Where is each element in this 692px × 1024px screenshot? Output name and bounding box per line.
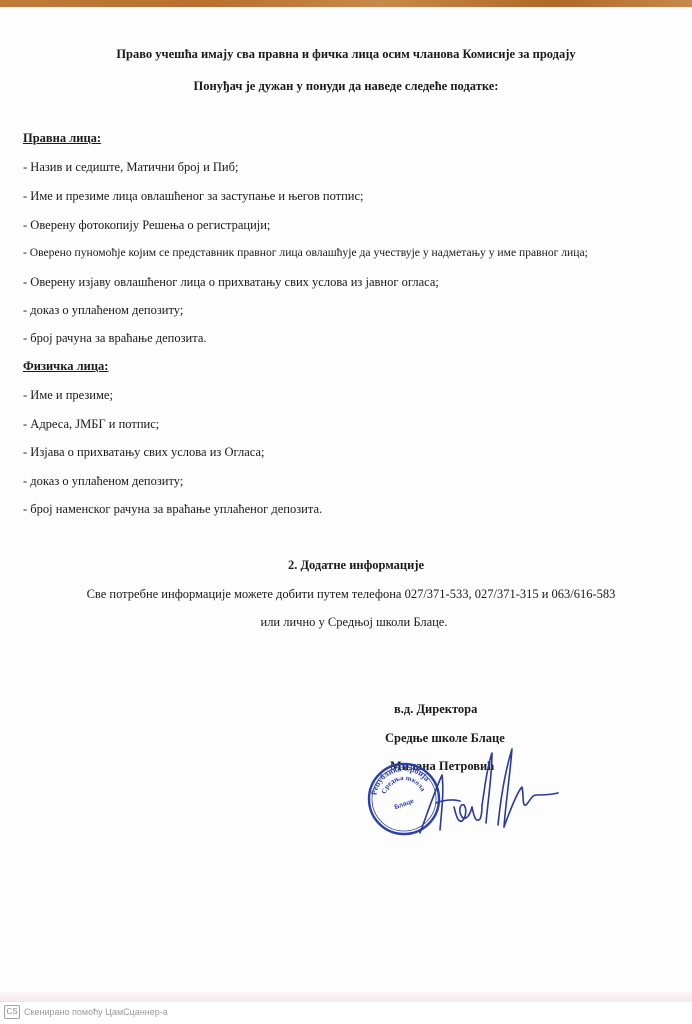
handwritten-signature-icon xyxy=(412,745,562,840)
natural-person-item: - Адреса, ЈМБГ и потпис; xyxy=(23,417,159,432)
legal-entities-heading: Правна лица: xyxy=(23,131,101,146)
natural-person-item: - Име и презиме; xyxy=(23,388,113,403)
additional-info-title: 2. Додатне информације xyxy=(10,558,692,573)
intro-line-2: Понуђач је дужан у понуди да наведе след… xyxy=(0,79,692,94)
scanner-watermark: CS Скенирано помоћу ЦамСцаннер-а xyxy=(4,1005,168,1019)
signature-role: в.д. Директора xyxy=(394,702,477,717)
intro-line-1: Право учешћа имају сва правна и фичка ли… xyxy=(0,47,692,62)
additional-info-line-1: Све потребне информације можете добити п… xyxy=(5,587,692,602)
legal-entity-item: - Оверену фотокопију Решења о регистраци… xyxy=(23,218,270,233)
legal-entity-item: - Назив и седиште, Матични број и Пиб; xyxy=(23,160,238,175)
scanner-watermark-text: Скенирано помоћу ЦамСцаннер-а xyxy=(24,1007,168,1017)
additional-info-line-2: или лично у Средњој школи Блаце. xyxy=(8,615,692,630)
natural-person-item: - Изјава о прихватању свих услова из Огл… xyxy=(23,445,264,460)
legal-entity-item: - Оверено пуномоћје којим се представник… xyxy=(23,246,588,259)
background-wood-edge xyxy=(0,0,692,7)
camscanner-logo-icon: CS xyxy=(4,1005,20,1019)
legal-entity-item: - број рачуна за враћање депозита. xyxy=(23,331,207,346)
natural-person-item: - број наменског рачуна за враћање уплаћ… xyxy=(23,502,322,517)
page-bottom-edge xyxy=(0,992,692,1002)
legal-entity-item: - доказ о уплаћеном депозиту; xyxy=(23,303,183,318)
legal-entity-item: - Оверену изјаву овлашћеног лица о прихв… xyxy=(23,275,439,290)
natural-person-item: - доказ о уплаћеном депозиту; xyxy=(23,474,183,489)
natural-persons-heading: Физичка лица: xyxy=(23,359,108,374)
legal-entity-item: - Име и презиме лица овлашћеног за засту… xyxy=(23,189,364,204)
signature-institution: Средње школе Блаце xyxy=(385,731,505,746)
